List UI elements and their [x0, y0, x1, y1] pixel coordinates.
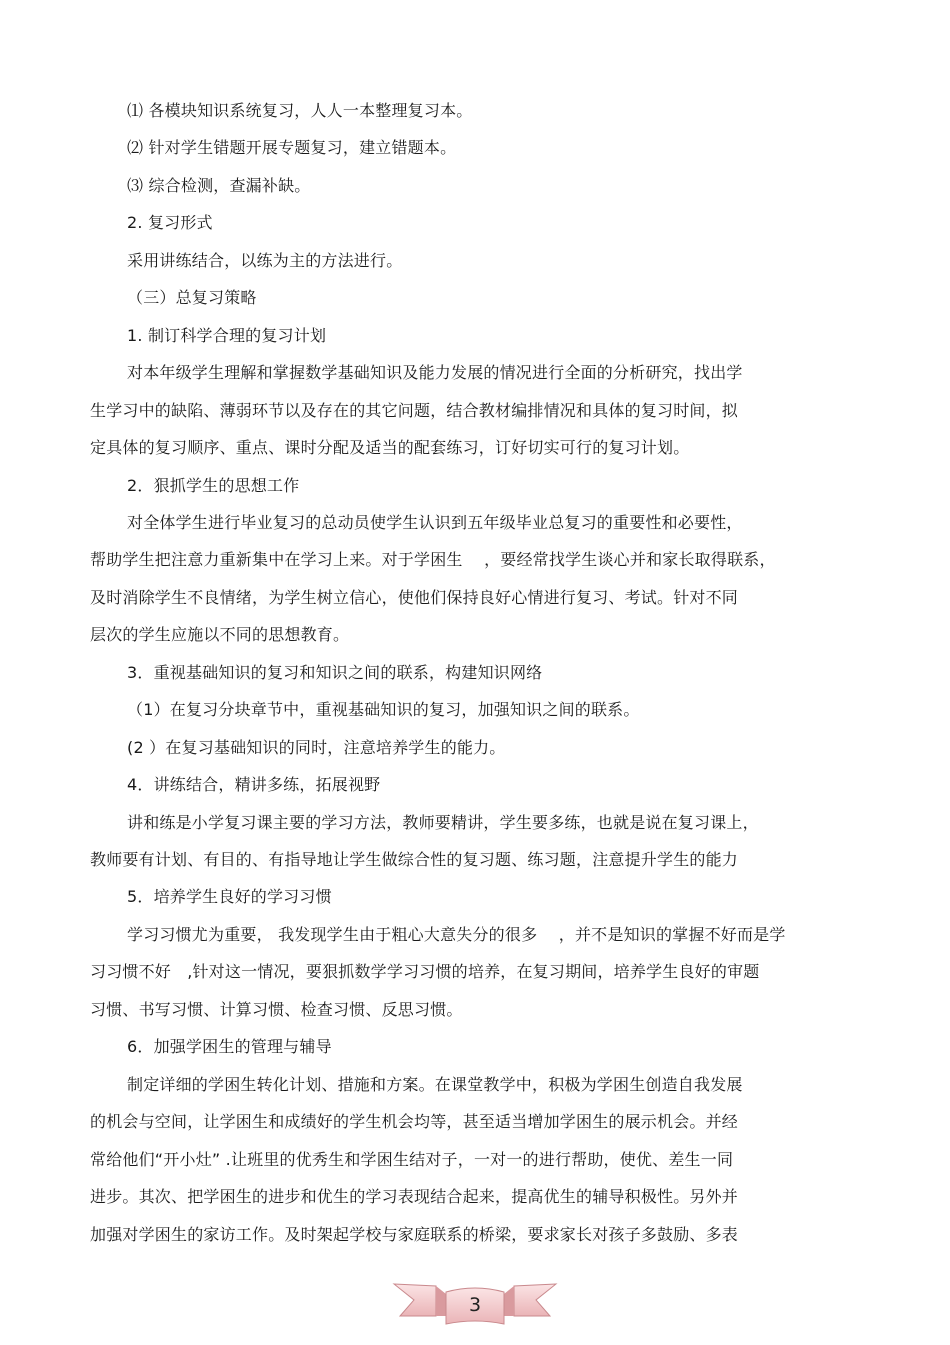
text-line: 3．重视基础知识的复习和知识之间的联系，构建知识网络 — [127, 663, 542, 683]
text-line: 对全体学生进行毕业复习的总动员使学生认识到五年级毕业总复习的重要性和必要性， — [127, 513, 743, 533]
text-line: 习惯、书写习惯、计算习惯、检查习惯、反思习惯。 — [90, 1000, 463, 1020]
text-line: （三）总复习策略 — [127, 288, 257, 308]
text-line: 层次的学生应施以不同的思想教育。 — [90, 625, 349, 645]
text-line: （1）在复习分块章节中，重视基础知识的复习，加强知识之间的联系。 — [127, 700, 640, 720]
text-line: 讲和练是小学复习课主要的学习方法，教师要精讲，学生要多练，也就是说在复习课上， — [127, 813, 759, 833]
text-line: 2．狠抓学生的思想工作 — [127, 476, 299, 496]
text-line: 学习习惯尤为重要， 我发现学生由于粗心大意失分的很多 ，并不是知识的掌握不好而是… — [127, 925, 786, 945]
text-line: 教师要有计划、有目的、有指导地让学生做综合性的复习题、练习题，注意提升学生的能力 — [90, 850, 738, 870]
text-line: 加强对学困生的家访工作。及时架起学校与家庭联系的桥梁，要求家长对孩子多鼓励、多表 — [90, 1225, 738, 1245]
document-page: ⑴ 各模块知识系统复习，人人一本整理复习本。⑵ 针对学生错题开展专题复习，建立错… — [0, 0, 950, 1345]
text-line: 1. 制订科学合理的复习计划 — [127, 326, 326, 346]
text-line: 制定详细的学困生转化计划、措施和方案。在课堂教学中，积极为学困生创造自我发展 — [127, 1075, 743, 1095]
text-line: ⑴ 各模块知识系统复习，人人一本整理复习本。 — [127, 101, 473, 121]
text-line: 5．培养学生良好的学习习惯 — [127, 887, 332, 907]
page-number-banner: 3 — [392, 1272, 558, 1328]
text-line: (2 ）在复习基础知识的同时，注意培养学生的能力。 — [127, 738, 506, 758]
text-line: 进步。其次、把学困生的进步和优生的学习表现结合起来，提高优生的辅导积极性。另外并 — [90, 1187, 738, 1207]
text-line: 4．讲练结合，精讲多练，拓展视野 — [127, 775, 380, 795]
text-line: 的机会与空间，让学困生和成绩好的学生机会均等，甚至适当增加学困生的展示机会。并经 — [90, 1112, 738, 1132]
page-number: 3 — [392, 1294, 558, 1316]
text-line: 定具体的复习顺序、重点、课时分配及适当的配套练习，订好切实可行的复习计划。 — [90, 438, 689, 458]
text-line: ⑵ 针对学生错题开展专题复习，建立错题本。 — [127, 138, 456, 158]
text-line: 6．加强学困生的管理与辅导 — [127, 1037, 332, 1057]
text-line: 对本年级学生理解和掌握数学基础知识及能力发展的情况进行全面的分析研究，找出学 — [127, 363, 743, 383]
text-line: 采用讲练结合，以练为主的方法进行。 — [127, 251, 402, 271]
text-line: 习习惯不好 ,针对这一情况，要狠抓数学学习习惯的培养，在复习期间，培养学生良好的… — [90, 962, 760, 982]
text-line: 2. 复习形式 — [127, 213, 213, 233]
text-line: 及时消除学生不良情绪，为学生树立信心，使他们保持良好心情进行复习、考试。针对不同 — [90, 588, 738, 608]
text-line: 常给他们“开小灶” .让班里的优秀生和学困生结对子，一对一的进行帮助，使优、差生… — [90, 1150, 733, 1170]
text-line: 帮助学生把注意力重新集中在学习上来。对于学困生 ，要经常找学生谈心并和家长取得联… — [90, 550, 776, 570]
text-line: ⑶ 综合检测，查漏补缺。 — [127, 176, 311, 196]
text-line: 生学习中的缺陷、薄弱环节以及存在的其它问题，结合教材编排情况和具体的复习时间，拟 — [90, 401, 738, 421]
